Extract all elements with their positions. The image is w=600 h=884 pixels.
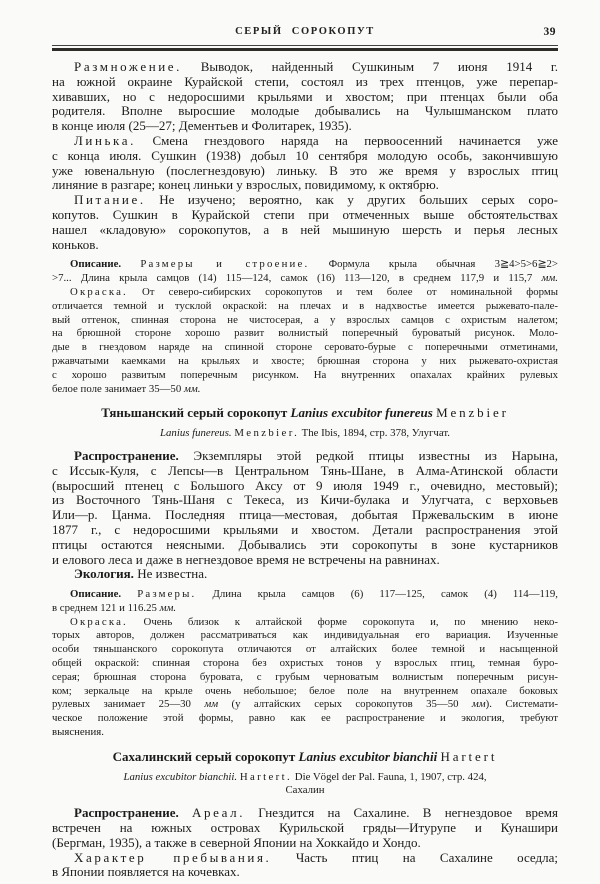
page-header: СЕРЫЙ СОРОКОПУТ 39 xyxy=(52,26,558,41)
text-run: Характер пребывания. xyxy=(74,850,271,865)
text-line: с хорошо развитым поперечным рисунком. Н… xyxy=(52,369,558,383)
paragraph-distribution-sakhalin: Распространение. Ареал. Гнездится на Сах… xyxy=(52,806,558,850)
scanned-book-page: СЕРЫЙ СОРОКОПУТ 39 Размножение. Выводок,… xyxy=(0,0,600,884)
text-line: Тяньшанский серый сорокопут Lanius excub… xyxy=(52,406,558,421)
text-line: уже ювенальную (послегнездовую) линьку. … xyxy=(52,164,558,179)
text-line: в Японии появляется на кочевках. xyxy=(52,865,558,880)
heading-sakhalin-shrike: Сахалинский серый сорокопут Lanius excub… xyxy=(52,750,558,765)
text-line: особи тяньшанского сорокопута отличаются… xyxy=(52,643,558,657)
text-run: Тяньшанский серый сорокопут xyxy=(101,405,290,420)
text-line: Характер пребывания. Часть птиц на Сахал… xyxy=(52,851,558,866)
text-line: выяснения. xyxy=(52,726,558,740)
text-run: Окраска. xyxy=(70,616,128,628)
text-run: Lanius funereus. xyxy=(160,427,232,439)
text-line: Окраска. Очень близок к алтайской форме … xyxy=(52,616,558,630)
paragraph-feeding: Питание. Не изучено; вероятно, как у дру… xyxy=(52,193,558,252)
text-line: Размножение. Выводок, найденный Сушкиным… xyxy=(52,60,558,75)
text-run: Распространение. xyxy=(74,805,179,820)
text-line: Описание. Размеры. Длина крыла самцов (6… xyxy=(52,588,558,602)
text-line: серая; брюшная сторона буровата, с грубы… xyxy=(52,671,558,685)
text-line: ржавчатыми каемками на крыльях и хвосте;… xyxy=(52,355,558,369)
text-run: мм. xyxy=(542,272,558,284)
text-line: и елового леса и даже в негнездовое врем… xyxy=(52,553,558,568)
text-line: Сахалинский серый сорокопут Lanius excub… xyxy=(52,750,558,765)
text-run: Lanius excubitor bianchii xyxy=(299,749,438,764)
text-line: коньков. xyxy=(52,238,558,253)
text-run: Экология. xyxy=(74,566,134,581)
text-line: (выросший птенец с Большого Аксу от 9 ию… xyxy=(52,479,558,494)
text-run: мм xyxy=(472,698,486,710)
page-number: 39 xyxy=(544,26,557,38)
text-line: с конца июля. Сушкин (1938) добыл 10 сен… xyxy=(52,149,558,164)
description-block-altai: Описание. Размеры и строение. Формула кр… xyxy=(52,258,558,396)
text-run: Ареал. xyxy=(192,805,245,820)
text-line: линяние в разгаре; конец линьки у взросл… xyxy=(52,178,558,193)
text-line: птицы остаются неясными. Добывались эти … xyxy=(52,538,558,553)
text-run: Menzbier. xyxy=(234,427,299,439)
text-line: 1877 г., с недоросшими крыльями и хвосто… xyxy=(52,523,558,538)
text-line: торых авторов, должен рассматриваться ка… xyxy=(52,629,558,643)
description-block-tianshan: Описание. Размеры. Длина крыла самцов (6… xyxy=(52,588,558,740)
text-line: на южной окраине Курайской степи, состоя… xyxy=(52,75,558,90)
text-line: из Восточного Тянь-Шаня с Текеса, из Кич… xyxy=(52,493,558,508)
text-line: ком; зеркальце на крыле очень небольшое;… xyxy=(52,685,558,699)
text-run: Размеры. xyxy=(137,588,196,600)
text-line: копутов. Сушкин в Курайской степи при от… xyxy=(52,208,558,223)
text-line: Распространение. Ареал. Гнездится на Сах… xyxy=(52,806,558,821)
text-run: мм. xyxy=(184,383,200,395)
text-run: Размеры и строение. xyxy=(140,258,309,270)
text-line: Lanius funereus. Menzbier. The Ibis, 189… xyxy=(52,427,558,441)
text-run: Hartert xyxy=(440,749,497,764)
text-line: общей окраской: спинная сторона без охри… xyxy=(52,657,558,671)
text-line: Линька. Смена гнездового наряда на перво… xyxy=(52,134,558,149)
text-line: в среднем 121 и 116.25 мм. xyxy=(52,602,558,616)
text-line: родителя. Вполне выросшие молодые добыва… xyxy=(52,104,558,119)
text-line: Окраска. От северо-сибирских сорокопутов… xyxy=(52,286,558,300)
text-run: мм. xyxy=(160,602,176,614)
text-line: Сахалин xyxy=(52,784,558,798)
text-run: Lanius excubitor bianchii. xyxy=(123,771,237,783)
text-run: Lanius excubitor funereus xyxy=(291,405,433,420)
text-run: Hartert. xyxy=(240,771,292,783)
text-run: мм xyxy=(204,698,218,710)
text-line: >7... Длина крыла самцов (14) 115—124, с… xyxy=(52,272,558,286)
text-line: (Бергман, 1935), а также в северной Япон… xyxy=(52,836,558,851)
text-run: Сахалинский серый сорокопут xyxy=(113,749,299,764)
text-line: Питание. Не изучено; вероятно, как у дру… xyxy=(52,193,558,208)
text-run: Описание. xyxy=(70,588,121,600)
text-line: дые в гнездовом наряде на спинной сторон… xyxy=(52,341,558,355)
header-rule xyxy=(52,45,558,51)
text-line: Или—р. Цанма. Последняя птица—местовая, … xyxy=(52,508,558,523)
text-line: с Иссык-Куля, с Лепсы—в Центральном Тянь… xyxy=(52,464,558,479)
text-line: белое поле занимает 35—50 мм. xyxy=(52,383,558,397)
text-run: Размножение. xyxy=(74,59,182,74)
text-line: Экология. Не известна. xyxy=(52,567,558,582)
text-run: Распространение. xyxy=(74,448,179,463)
text-run: Окраска. xyxy=(70,286,128,298)
text-line: встречен на южных островах Курильской гр… xyxy=(52,821,558,836)
page-body: Размножение. Выводок, найденный Сушкиным… xyxy=(52,60,558,880)
text-line: ческое положение этой формы, равно как е… xyxy=(52,712,558,726)
text-line: Распространение. Экземпляры этой редкой … xyxy=(52,449,558,464)
text-line: Lanius excubitor bianchii. Hartert. Die … xyxy=(52,771,558,785)
text-run: Линька. xyxy=(74,133,136,148)
text-line: нашел «кладовую» сорокопутов, а в ней мы… xyxy=(52,223,558,238)
text-line: Описание. Размеры и строение. Формула кр… xyxy=(52,258,558,272)
paragraph-ecology-tianshan: Экология. Не известна. xyxy=(52,567,558,582)
paragraph-molt: Линька. Смена гнездового наряда на перво… xyxy=(52,134,558,193)
text-line: рулевых занимает 25—30 мм (у алтайских с… xyxy=(52,698,558,712)
text-run: Menzbier xyxy=(436,405,509,420)
text-line: на брюшной стороне хорошо развит волнист… xyxy=(52,327,558,341)
paragraph-distribution-tianshan: Распространение. Экземпляры этой редкой … xyxy=(52,449,558,567)
running-title: СЕРЫЙ СОРОКОПУТ xyxy=(52,26,558,37)
heading-tianshan-shrike: Тяньшанский серый сорокопут Lanius excub… xyxy=(52,406,558,421)
text-run: Питание. xyxy=(74,192,146,207)
text-line: вый оттенок, спинная сторона не чистосер… xyxy=(52,314,558,328)
text-line: отличается темной и тусклой окраской: на… xyxy=(52,300,558,314)
reference-tianshan: Lanius funereus. Menzbier. The Ibis, 189… xyxy=(52,427,558,441)
paragraph-residency-sakhalin: Характер пребывания. Часть птиц на Сахал… xyxy=(52,851,558,881)
text-line: хивавших, но с недоросшими крыльями и хв… xyxy=(52,90,558,105)
text-run: Описание. xyxy=(70,258,121,270)
paragraph-reproduction: Размножение. Выводок, найденный Сушкиным… xyxy=(52,60,558,134)
reference-sakhalin: Lanius excubitor bianchii. Hartert. Die … xyxy=(52,771,558,799)
text-line: в конце июля (25—27; Дементьев и Фолитар… xyxy=(52,119,558,134)
